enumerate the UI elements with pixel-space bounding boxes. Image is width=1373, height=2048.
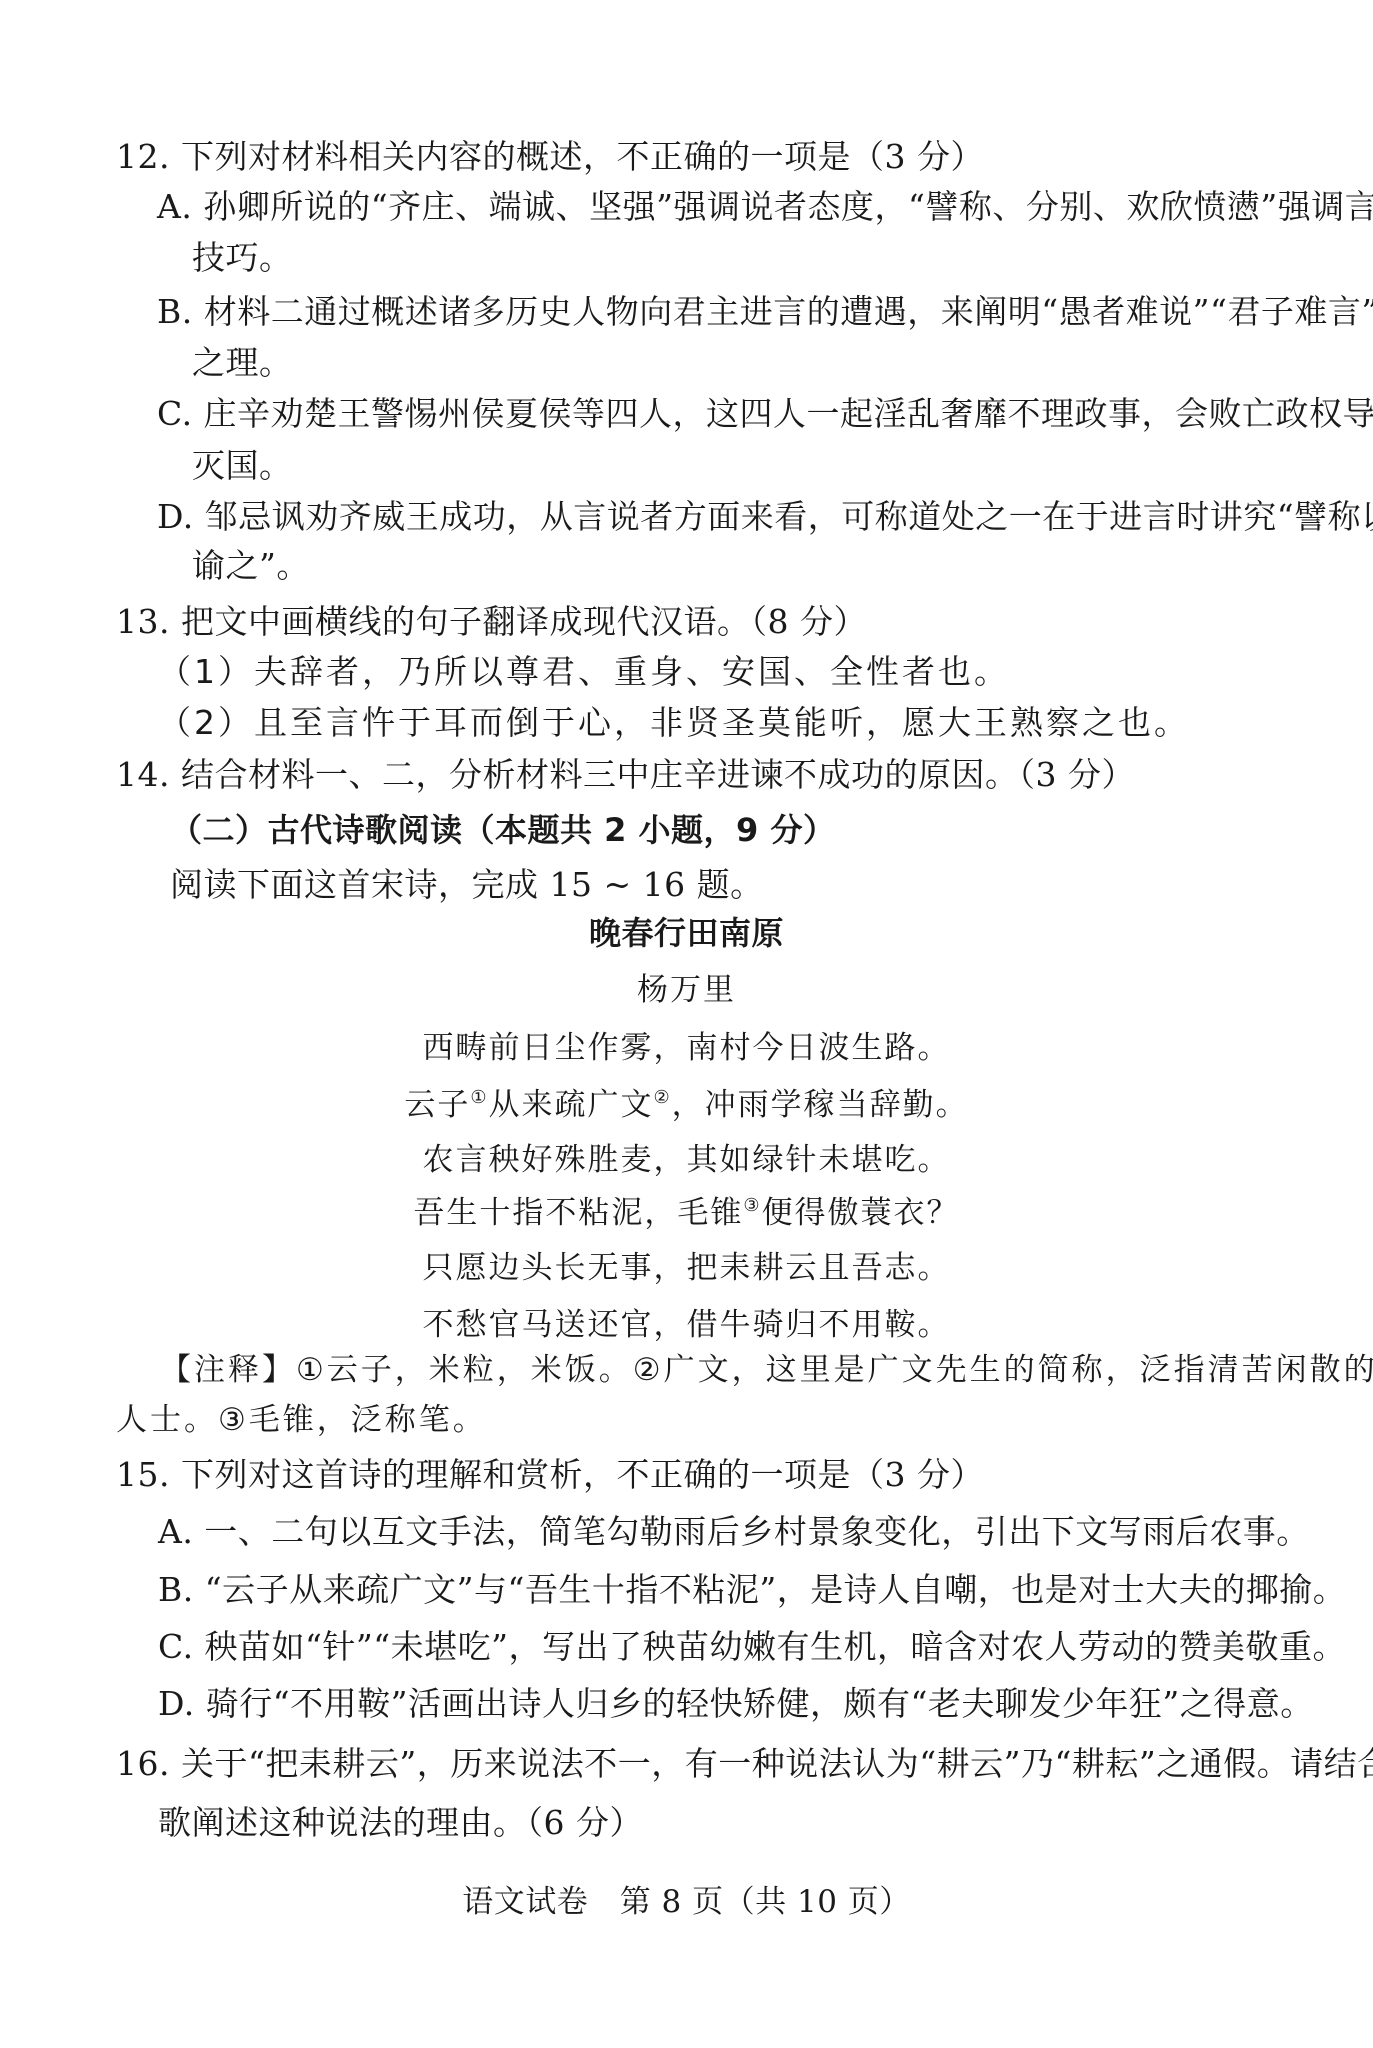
- poem-line-text: 从来疏广文: [489, 1087, 654, 1123]
- question-13-stem: 13. 把文中画横线的句子翻译成现代汉语。（8 分）: [116, 602, 867, 642]
- question-12-option-c-cont: 灭国。: [192, 446, 293, 486]
- poem-line-text: 不愁官马送还官，借牛骑归不用鞍。: [423, 1307, 951, 1343]
- annotation-line-1: 【注释】①云子，米粒，米饭。②广文，这里是广文先生的简称，泛指清苦闲散的儒学: [160, 1350, 1373, 1390]
- question-12-option-a-cont: 技巧。: [192, 238, 293, 278]
- question-16-stem: 16. 关于“把耒耕云”，历来说法不一，有一种说法认为“耕云”乃“耕耘”之通假。…: [116, 1744, 1373, 1784]
- question-13-sentence-1: （1）夫辞者，乃所以尊君、重身、安国、全性者也。: [158, 652, 1010, 692]
- question-12-stem: 12. 下列对材料相关内容的概述，不正确的一项是（3 分）: [116, 137, 984, 177]
- annotation-line-2: 人士。③毛锥，泛称笔。: [116, 1400, 487, 1440]
- poem-line-text: ，冲雨学稼当辞勤。: [672, 1087, 969, 1123]
- page-footer: 语文试卷 第 8 页（共 10 页）: [0, 1882, 1373, 1922]
- question-15-stem: 15. 下列对这首诗的理解和赏析，不正确的一项是（3 分）: [116, 1455, 984, 1495]
- poem-title: 晚春行田南原: [0, 913, 1373, 953]
- question-12-option-b: B. 材料二通过概述诸多历史人物向君主进言的遭遇，来阐明“愚者难说”“君子难言”: [157, 292, 1373, 332]
- footnote-marker-3: ③: [743, 1195, 761, 1216]
- question-15-option-d: D. 骑行“不用鞍”活画出诗人归乡的轻快矫健，颇有“老夫聊发少年狂”之得意。: [158, 1684, 1314, 1724]
- question-12-option-d: D. 邹忌讽劝齐威王成功，从言说者方面来看，可称道处之一在于进言时讲究“譬称以: [157, 497, 1373, 537]
- poem-line-text: 吾生十指不粘泥，毛锥: [413, 1195, 743, 1231]
- question-13-sentence-2: （2）且至言忤于耳而倒于心，非贤圣莫能听，愿大王熟察之也。: [158, 703, 1190, 743]
- poem-line-1: 西畴前日尘作雾，南村今日波生路。: [0, 1028, 1373, 1068]
- question-16-stem-cont: 歌阐述这种说法的理由。（6 分）: [158, 1803, 643, 1843]
- poem-line-2: 云子①从来疏广文②，冲雨学稼当辞勤。: [0, 1085, 1373, 1125]
- question-12-option-b-cont: 之理。: [192, 343, 293, 383]
- question-15-option-b: B. “云子从来疏广文”与“吾生十指不粘泥”，是诗人自嘲，也是对士大夫的揶揄。: [158, 1570, 1346, 1610]
- section-heading: （二）古代诗歌阅读（本题共 2 小题，9 分）: [170, 810, 835, 850]
- poem-line-6: 不愁官马送还官，借牛骑归不用鞍。: [0, 1305, 1373, 1345]
- poem-line-4: 吾生十指不粘泥，毛锥③便得傲蓑衣？: [0, 1193, 1373, 1233]
- poem-author: 杨万里: [0, 970, 1373, 1010]
- poem-line-text: 西畴前日尘作雾，南村今日波生路。: [423, 1030, 951, 1066]
- section-instruction: 阅读下面这首宋诗，完成 15 ~ 16 题。: [170, 865, 764, 905]
- question-14-stem: 14. 结合材料一、二，分析材料三中庄辛进谏不成功的原因。（3 分）: [116, 755, 1135, 795]
- poem-line-text: 只愿边头长无事，把耒耕云且吾志。: [423, 1250, 951, 1286]
- poem-line-text: 云子: [404, 1087, 470, 1123]
- poem-line-text: 便得傲蓑衣？: [762, 1195, 960, 1231]
- question-12-option-a: A. 孙卿所说的“齐庄、端诚、坚强”强调说者态度，“譬称、分别、欢欣愤懑”强调言…: [157, 187, 1373, 227]
- footnote-marker-2: ②: [654, 1087, 672, 1108]
- footnote-marker-1: ①: [470, 1087, 488, 1108]
- question-12-option-d-cont: 谕之”。: [192, 546, 310, 586]
- poem-line-text: 农言秧好殊胜麦，其如绿针未堪吃。: [423, 1142, 951, 1178]
- question-15-option-a: A. 一、二句以互文手法，简笔勾勒雨后乡村景象变化，引出下文写雨后农事。: [158, 1512, 1310, 1552]
- poem-line-3: 农言秧好殊胜麦，其如绿针未堪吃。: [0, 1140, 1373, 1180]
- poem-line-5: 只愿边头长无事，把耒耕云且吾志。: [0, 1248, 1373, 1288]
- question-12-option-c: C. 庄辛劝楚王警惕州侯夏侯等四人，这四人一起淫乱奢靡不理政事，会败亡政权导致: [157, 394, 1373, 434]
- question-15-option-c: C. 秧苗如“针”“未堪吃”，写出了秧苗幼嫩有生机，暗含对农人劳动的赞美敬重。: [158, 1627, 1346, 1667]
